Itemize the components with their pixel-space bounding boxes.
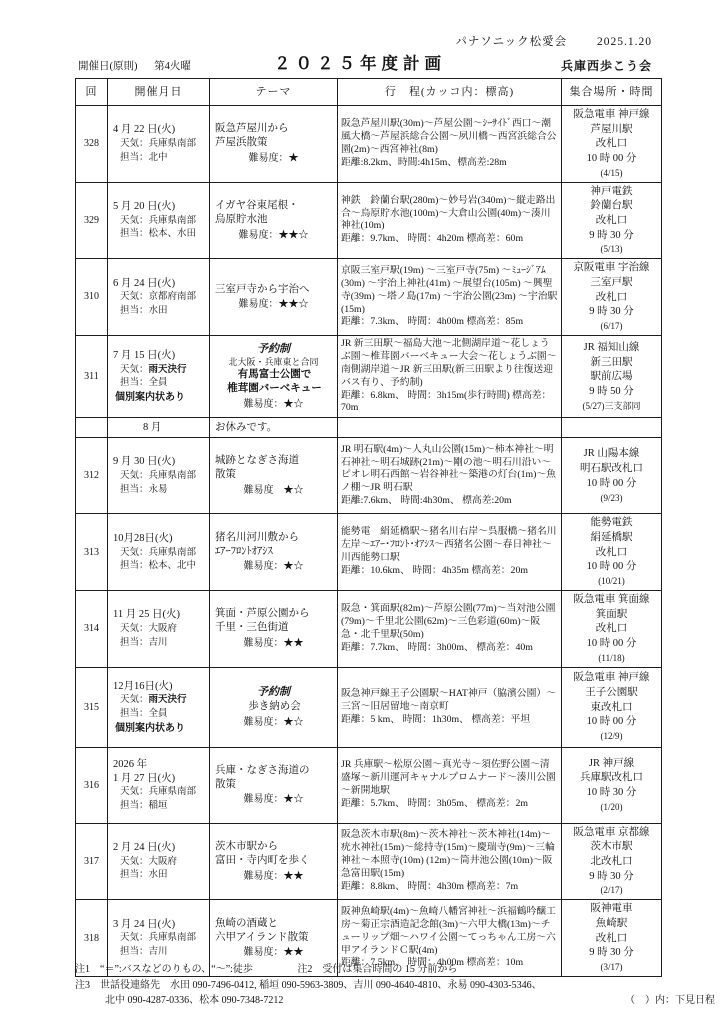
schedule-table: 回 開催月日 テーマ 行 程(カッコ内：標高) 集合場所・時間 328 4 月 … (75, 78, 662, 977)
reservation-flag: 予約制 (213, 685, 334, 700)
date-cell: 11 月 25 日(火) 天気：大阪府 担当：吉川 (108, 591, 210, 668)
theme-title: 箕面・芦原公園から 千里・三色街道 (215, 607, 334, 635)
weather-area: 天気：兵庫県南部 (120, 215, 206, 228)
issue-date: 2025.1.20 (597, 36, 652, 48)
theme-cell: 箕面・芦原公園から 千里・三色街道 難易度：★★ (210, 591, 338, 668)
date-cell: 2026 年 1 月 27 日(火) 天気：兵庫県南部 担当：稲垣 (108, 747, 210, 823)
meeting-cell: 阪急電車 京都線 茨木市駅 北改札口 9 時 30 分 (2/17) (562, 823, 662, 900)
weather-area: 天気：兵庫県南部 (120, 138, 206, 151)
theme-cell: 兵庫・なぎさ海道の 散策 難易度：★☆ (210, 747, 338, 823)
preview-date: (4/15) (565, 168, 658, 180)
difficulty: 難易度：★☆ (213, 716, 334, 729)
row-number: 313 (76, 514, 108, 591)
col-header-no: 回 (76, 79, 108, 106)
route-stats: 距離：8.8km、 時間：4h30m 標高差：7m (341, 881, 558, 894)
organization-name: パナソニック松愛会 (455, 36, 567, 48)
preview-date: (5/13) (565, 244, 658, 256)
staff: 担当：松本、北中 (120, 560, 206, 573)
weather-area: 天気：兵庫県南部 (120, 470, 206, 483)
theme-title: 阪急芦屋川から 芦屋浜散策 (215, 122, 334, 150)
theme-cell: お休みです。 (210, 418, 338, 438)
table-row: 328 4 月 22 日(火) 天気：兵庫県南部 担当：北中 阪急芦屋川から 芦… (76, 106, 662, 183)
route-stats: 距離：10.6km、 時間：4h35m 標高差：20m (341, 565, 558, 578)
preview-date: (9/23) (565, 493, 658, 505)
meeting-cell: 阪急電車 神戸線 王子公園駅 東改札口 10 時 00 分 (12/9) (562, 667, 662, 747)
club-name: 兵庫西歩こう会 (561, 57, 652, 74)
route-stats: 距離：6.8km、 時間：3h15m(歩行時間) 標高差：70m (341, 390, 558, 416)
document-page: パナソニック松愛会 2025.1.20 開催日(原則) 第4火曜 ２０２５年度計… (0, 0, 724, 1024)
route-cell: 阪急芦屋川駅(30m)～芦屋公園～ｼｰｻｲﾄﾞ西口～潮風大橋～芦屋浜総合公園～夙… (338, 106, 562, 183)
table-row: 312 9 月 30 日(火) 天気：兵庫県南部 担当：永易 城跡となぎさ海道 … (76, 438, 662, 514)
row-number: 315 (76, 667, 108, 747)
route-text: JR 明石駅(4m)～人丸山公園(15m)～柿本神社～明石神社～明石城跡(21m… (341, 444, 558, 496)
route-cell: 神鉄 鈴蘭台駅(280m)～妙号岩(340m)～縦走路出合～烏原貯水池(100m… (338, 182, 562, 259)
table-row: 329 5 月 20 日(火) 天気：兵庫県南部 担当：松本、水田 イガヤ谷東尾… (76, 182, 662, 259)
table-row: 310 6 月 24 日(火) 天気：京都府南部 担当：水田 三室戸寺から宇治へ… (76, 259, 662, 336)
event-date: 7 月 15 日(火) (113, 349, 206, 363)
date-cell: 10月28日(火) 天気：兵庫県南部 担当：松本、北中 (108, 514, 210, 591)
footnote-3-continued: 北中 090-4287-0336、松本 090-7348-7212 (105, 993, 283, 1009)
table-row: 316 2026 年 1 月 27 日(火) 天気：兵庫県南部 担当：稲垣 兵庫… (76, 747, 662, 823)
difficulty: 難易度：★★ (213, 870, 334, 883)
meeting-place-time: 神戸電鉄 鈴蘭台駅 改札口 9 時 30 分 (565, 185, 658, 244)
route-text: JR 兵庫駅～松原公園～真光寺～須佐野公園～清盛塚～新川運河キャナルプロムナード… (341, 759, 558, 798)
preview-date: (1/20) (565, 802, 658, 814)
notice: 個別案内状あり (115, 391, 206, 404)
row-number: 329 (76, 182, 108, 259)
theme-cell: 猪名川河川敷から ｴｱｰﾌﾛﾝﾄｵｱｼｽ 難易度：★☆ (210, 514, 338, 591)
document-source-line: パナソニック松愛会 2025.1.20 (455, 33, 652, 49)
col-header-date: 開催月日 (108, 79, 210, 106)
page-title: ２０２５年度計画 (150, 50, 570, 74)
row-number: 317 (76, 823, 108, 900)
row-number: 314 (76, 591, 108, 668)
col-header-route: 行 程(カッコ内：標高) (338, 79, 562, 106)
route-text: 阪急神戸線王子公園駅～HAT神戸（脇濱公園）～三宮～旧居留地～南京町 (341, 688, 558, 714)
preview-date: (5/27)三支部同 (565, 401, 658, 413)
route-text: 京阪三室戸駅(19m) ～三室戸寺(75m) ～ﾐｭｰｼﾞｱﾑ(30m) ～宇治… (341, 265, 558, 317)
staff: 担当：松本、水田 (120, 228, 206, 241)
footnotes: 注1 “＝”:バスなどのりもの、“～”:徒歩 注2 受付は集合時間の 15 分前… (75, 962, 715, 1009)
footnote-1: 注1 “＝”:バスなどのりもの、“～”:徒歩 (75, 964, 253, 975)
weather-area: 天気：雨天決行 (120, 694, 206, 707)
meeting-cell: 阪急電車 神戸線 芦屋川駅 改札口 10 時 00 分 (4/15) (562, 106, 662, 183)
staff: 担当：水田 (120, 305, 206, 318)
preview-date: (10/21) (565, 576, 658, 588)
route-stats: 距離:8.2km、時間:4h15m、標高差:28m (341, 157, 558, 170)
route-stats: 距離：7.7km、 時間：3h00m、 標高差：40m (341, 642, 558, 655)
table-row: 311 7 月 15 日(火) 天気：雨天決行 担当：全員 個別案内状あり 予約… (76, 335, 662, 418)
event-date: 10月28日(火) (113, 532, 206, 546)
theme-title: 城跡となぎさ海道 散策 (215, 454, 334, 482)
staff: 担当：吉川 (120, 946, 206, 959)
meeting-cell: 能勢電鉄 絹延橋駅 改札口 10 時 00 分 (10/21) (562, 514, 662, 591)
preview-date: (2/17) (565, 885, 658, 897)
theme-title: 茨木市駅から 富田・寺内町を歩く (215, 840, 334, 868)
theme-cell: 予約制 歩き納め会 難易度：★☆ (210, 667, 338, 747)
route-stats: 距離：7.3km、 時間：4h00m 標高差：85m (341, 316, 558, 329)
theme-title: お休みです。 (215, 421, 334, 435)
meeting-cell: JR 福知山線 新三田駅 駅前広場 9 時 50 分 (5/27)三支部同 (562, 335, 662, 418)
meeting-place-time: JR 山陽本線 明石駅改札口 10 時 00 分 (565, 447, 658, 491)
col-header-theme: テーマ (210, 79, 338, 106)
route-cell: JR 新三田駅～福島大池～北側湖岸道～花しょうぶ園～椎茸園バーベキュー大会～花し… (338, 335, 562, 418)
difficulty: 難易度 ★☆ (213, 484, 334, 497)
meeting-cell: JR 神戸線 兵庫駅改札口 10 時 30 分 (1/20) (562, 747, 662, 823)
meeting-cell: 神戸電鉄 鈴蘭台駅 改札口 9 時 30 分 (5/13) (562, 182, 662, 259)
event-date: 6 月 24 日(火) (113, 277, 206, 291)
meeting-place-time: JR 神戸線 兵庫駅改札口 10 時 30 分 (565, 757, 658, 801)
reservation-flag: 予約制 (213, 342, 334, 357)
route-text: 能勢電 絹延橋駅～猪名川右岸～呉服橋～猪名川左岸～ｴｱｰ･ﾌﾛﾝﾄ･ｵｱｼｽ～西… (341, 526, 558, 565)
table-row: 317 2 月 24 日(火) 天気：大阪府 担当：水田 茨木市駅から 富田・寺… (76, 823, 662, 900)
staff: 担当：水田 (120, 869, 206, 882)
event-date: 2 月 24 日(火) (113, 841, 206, 855)
event-date: 5 月 20 日(火) (113, 200, 206, 214)
meeting-cell (562, 418, 662, 438)
route-stats: 距離：5 km、 時間：1h30m、 標高差：平坦 (341, 714, 558, 727)
meeting-cell: 阪急電車 箕面線 箕面駅 改札口 10 時 00 分 (11/18) (562, 591, 662, 668)
row-number: 316 (76, 747, 108, 823)
date-cell: 6 月 24 日(火) 天気：京都府南部 担当：水田 (108, 259, 210, 336)
event-date: 4 月 22 日(火) (113, 123, 206, 137)
meeting-cell: JR 山陽本線 明石駅改札口 10 時 00 分 (9/23) (562, 438, 662, 514)
weather-area: 天気：兵庫県南部 (120, 786, 206, 799)
route-cell: 阪急神戸線王子公園駅～HAT神戸（脇濱公園）～三宮～旧居留地～南京町 距離：5 … (338, 667, 562, 747)
route-cell: 能勢電 絹延橋駅～猪名川右岸～呉服橋～猪名川左岸～ｴｱｰ･ﾌﾛﾝﾄ･ｵｱｼｽ～西… (338, 514, 562, 591)
weather-area: 天気：大阪府 (120, 623, 206, 636)
table-header-row: 回 開催月日 テーマ 行 程(カッコ内：標高) 集合場所・時間 (76, 79, 662, 106)
weather-area: 天気：大阪府 (120, 856, 206, 869)
footnote-3: 注3 世話役連絡先 水田 090-7496-0412, 稲垣 090-5963-… (75, 978, 715, 994)
meeting-cell: 京阪電車 宇治線 三室戸駅 改札口 9 時 30 分 (6/17) (562, 259, 662, 336)
difficulty: 難易度：★★ (213, 946, 334, 959)
difficulty: 難易度：★☆ (213, 793, 334, 806)
staff: 担当：全員 (120, 708, 206, 721)
staff: 担当：稲垣 (120, 800, 206, 813)
theme-title: 有馬富士公園で 椎茸園バーベキュー (215, 368, 334, 396)
table-row: 314 11 月 25 日(火) 天気：大阪府 担当：吉川 箕面・芦原公園から … (76, 591, 662, 668)
row-number (76, 418, 108, 438)
date-cell: 5 月 20 日(火) 天気：兵庫県南部 担当：松本、水田 (108, 182, 210, 259)
route-text: JR 新三田駅～福島大池～北側湖岸道～花しょうぶ園～椎茸園バーベキュー大会～花し… (341, 338, 558, 390)
route-cell: 阪急・箕面駅(82m)～芦原公園(77m)～当対池公園(79m)～千里北公園(6… (338, 591, 562, 668)
date-cell: 7 月 15 日(火) 天気：雨天決行 担当：全員 個別案内状あり (108, 335, 210, 418)
meeting-place-time: 阪急電車 箕面線 箕面駅 改札口 10 時 00 分 (565, 593, 658, 652)
difficulty: 難易度：★☆ (213, 560, 334, 573)
notice: 個別案内状あり (115, 722, 206, 735)
meeting-place-time: 阪急電車 神戸線 芦屋川駅 改札口 10 時 00 分 (565, 108, 658, 167)
theme-cell: 茨木市駅から 富田・寺内町を歩く 難易度：★★ (210, 823, 338, 900)
theme-title: 三室戸寺から宇治へ (215, 283, 334, 297)
route-stats: 距離:7.6km、 時間:4h30m、 標高差:20m (341, 495, 558, 508)
event-date: 1 月 27 日(火) (113, 772, 206, 786)
table-row: 313 10月28日(火) 天気：兵庫県南部 担当：松本、北中 猪名川河川敷から… (76, 514, 662, 591)
route-text: 阪急茨木市駅(8m)～茨木神社～茨木神社(14m)～疣水神社(15m)～総持寺(… (341, 829, 558, 881)
event-date: 8 月 (143, 421, 206, 435)
route-cell (338, 418, 562, 438)
weather-area: 天気：兵庫県南部 (120, 547, 206, 560)
staff: 担当：全員 (120, 377, 206, 390)
date-cell: 8 月 (108, 418, 210, 438)
col-header-meeting: 集合場所・時間 (562, 79, 662, 106)
meeting-place-time: 阪急電車 神戸線 王子公園駅 東改札口 10 時 00 分 (565, 671, 658, 730)
difficulty: 難易度：★★☆ (213, 229, 334, 242)
staff: 担当：永易 (120, 484, 206, 497)
route-stats: 距離：9.7km、 時間：4h20m 標高差：60m (341, 233, 558, 246)
event-date: 12月16日(火) (113, 680, 206, 694)
date-cell: 12月16日(火) 天気：雨天決行 担当：全員 個別案内状あり (108, 667, 210, 747)
row-number: 310 (76, 259, 108, 336)
preview-date: (11/18) (565, 653, 658, 665)
route-cell: JR 兵庫駅～松原公園～真光寺～須佐野公園～清盛塚～新川運河キャナルプロムナード… (338, 747, 562, 823)
weather-area: 天気：兵庫県南部 (120, 932, 206, 945)
difficulty: 難易度：★ (213, 152, 334, 165)
theme-title: イガヤ谷東尾根・ 烏原貯水池 (215, 199, 334, 227)
difficulty: 難易度：★★ (213, 637, 334, 650)
table-row-august-break: 8 月 お休みです。 (76, 418, 662, 438)
staff: 担当：吉川 (120, 637, 206, 650)
route-text: 阪急芦屋川駅(30m)～芦屋公園～ｼｰｻｲﾄﾞ西口～潮風大橋～芦屋浜総合公園～夙… (341, 118, 558, 157)
theme-title: 魚崎の酒蔵と 六甲アイランド散策 (215, 917, 334, 945)
meeting-place-time: 阪神電車 魚崎駅 改札口 9 時 30 分 (565, 902, 658, 961)
theme-cell: 三室戸寺から宇治へ 難易度：★★☆ (210, 259, 338, 336)
row-number: 311 (76, 335, 108, 418)
table-row: 315 12月16日(火) 天気：雨天決行 担当：全員 個別案内状あり 予約制 … (76, 667, 662, 747)
event-date: 11 月 25 日(火) (113, 608, 206, 622)
difficulty: 難易度：★★☆ (213, 298, 334, 311)
row-number: 328 (76, 106, 108, 183)
route-text: 神鉄 鈴蘭台駅(280m)～妙号岩(340m)～縦走路出合～烏原貯水池(100m… (341, 195, 558, 234)
event-date: 3 月 24 日(火) (113, 918, 206, 932)
meeting-place-time: JR 福知山線 新三田駅 駅前広場 9 時 50 分 (565, 341, 658, 400)
date-cell: 4 月 22 日(火) 天気：兵庫県南部 担当：北中 (108, 106, 210, 183)
theme-title: 兵庫・なぎさ海道の 散策 (215, 764, 334, 792)
theme-cell: 城跡となぎさ海道 散策 難易度 ★☆ (210, 438, 338, 514)
row-number: 312 (76, 438, 108, 514)
date-cell: 2 月 24 日(火) 天気：大阪府 担当：水田 (108, 823, 210, 900)
difficulty: 難易度：★☆ (213, 398, 334, 411)
weather-area: 天気：雨天決行 (120, 364, 206, 377)
preview-date: (6/17) (565, 321, 658, 333)
staff: 担当：北中 (120, 152, 206, 165)
schedule-rule-label: 開催日(原則) (78, 61, 138, 72)
date-cell: 9 月 30 日(火) 天気：兵庫県南部 担当：永易 (108, 438, 210, 514)
footnote-2: 注2 受付は集合時間の 15 分前から (297, 964, 457, 975)
route-cell: 阪急茨木市駅(8m)～茨木神社～茨木神社(14m)～疣水神社(15m)～総持寺(… (338, 823, 562, 900)
event-year: 2026 年 (113, 758, 206, 772)
route-text: 阪急・箕面駅(82m)～芦原公園(77m)～当対池公園(79m)～千里北公園(6… (341, 603, 558, 642)
joint-note: 北大阪・兵庫東と合同 (213, 357, 334, 369)
theme-cell: イガヤ谷東尾根・ 烏原貯水池 難易度：★★☆ (210, 182, 338, 259)
route-stats: 距離：5.7km、 時間：3h05m、 標高差：2m (341, 798, 558, 811)
meeting-place-time: 能勢電鉄 絹延橋駅 改札口 10 時 00 分 (565, 516, 658, 575)
route-text: 阪神魚崎駅(4m)～魚崎八幡宮神社～浜福鶴吟醸工房～菊正宗酒造記念館(3m)～六… (341, 906, 558, 958)
event-date: 9 月 30 日(火) (113, 455, 206, 469)
meeting-place-time: 京阪電車 宇治線 三室戸駅 改札口 9 時 30 分 (565, 261, 658, 320)
theme-cell: 予約制 北大阪・兵庫東と合同 有馬富士公園で 椎茸園バーベキュー 難易度：★☆ (210, 335, 338, 418)
theme-cell: 阪急芦屋川から 芦屋浜散策 難易度：★ (210, 106, 338, 183)
route-cell: 京阪三室戸駅(19m) ～三室戸寺(75m) ～ﾐｭｰｼﾞｱﾑ(30m) ～宇治… (338, 259, 562, 336)
theme-title: 猪名川河川敷から ｴｱｰﾌﾛﾝﾄｵｱｼｽ (215, 531, 334, 559)
preview-legend: （ ）内：下見日程 (625, 993, 715, 1009)
weather-area: 天気：京都府南部 (120, 291, 206, 304)
meeting-place-time: 阪急電車 京都線 茨木市駅 北改札口 9 時 30 分 (565, 826, 658, 885)
route-cell: JR 明石駅(4m)～人丸山公園(15m)～柿本神社～明石神社～明石城跡(21m… (338, 438, 562, 514)
preview-date: (12/9) (565, 731, 658, 743)
theme-title: 歩き納め会 (215, 700, 334, 714)
